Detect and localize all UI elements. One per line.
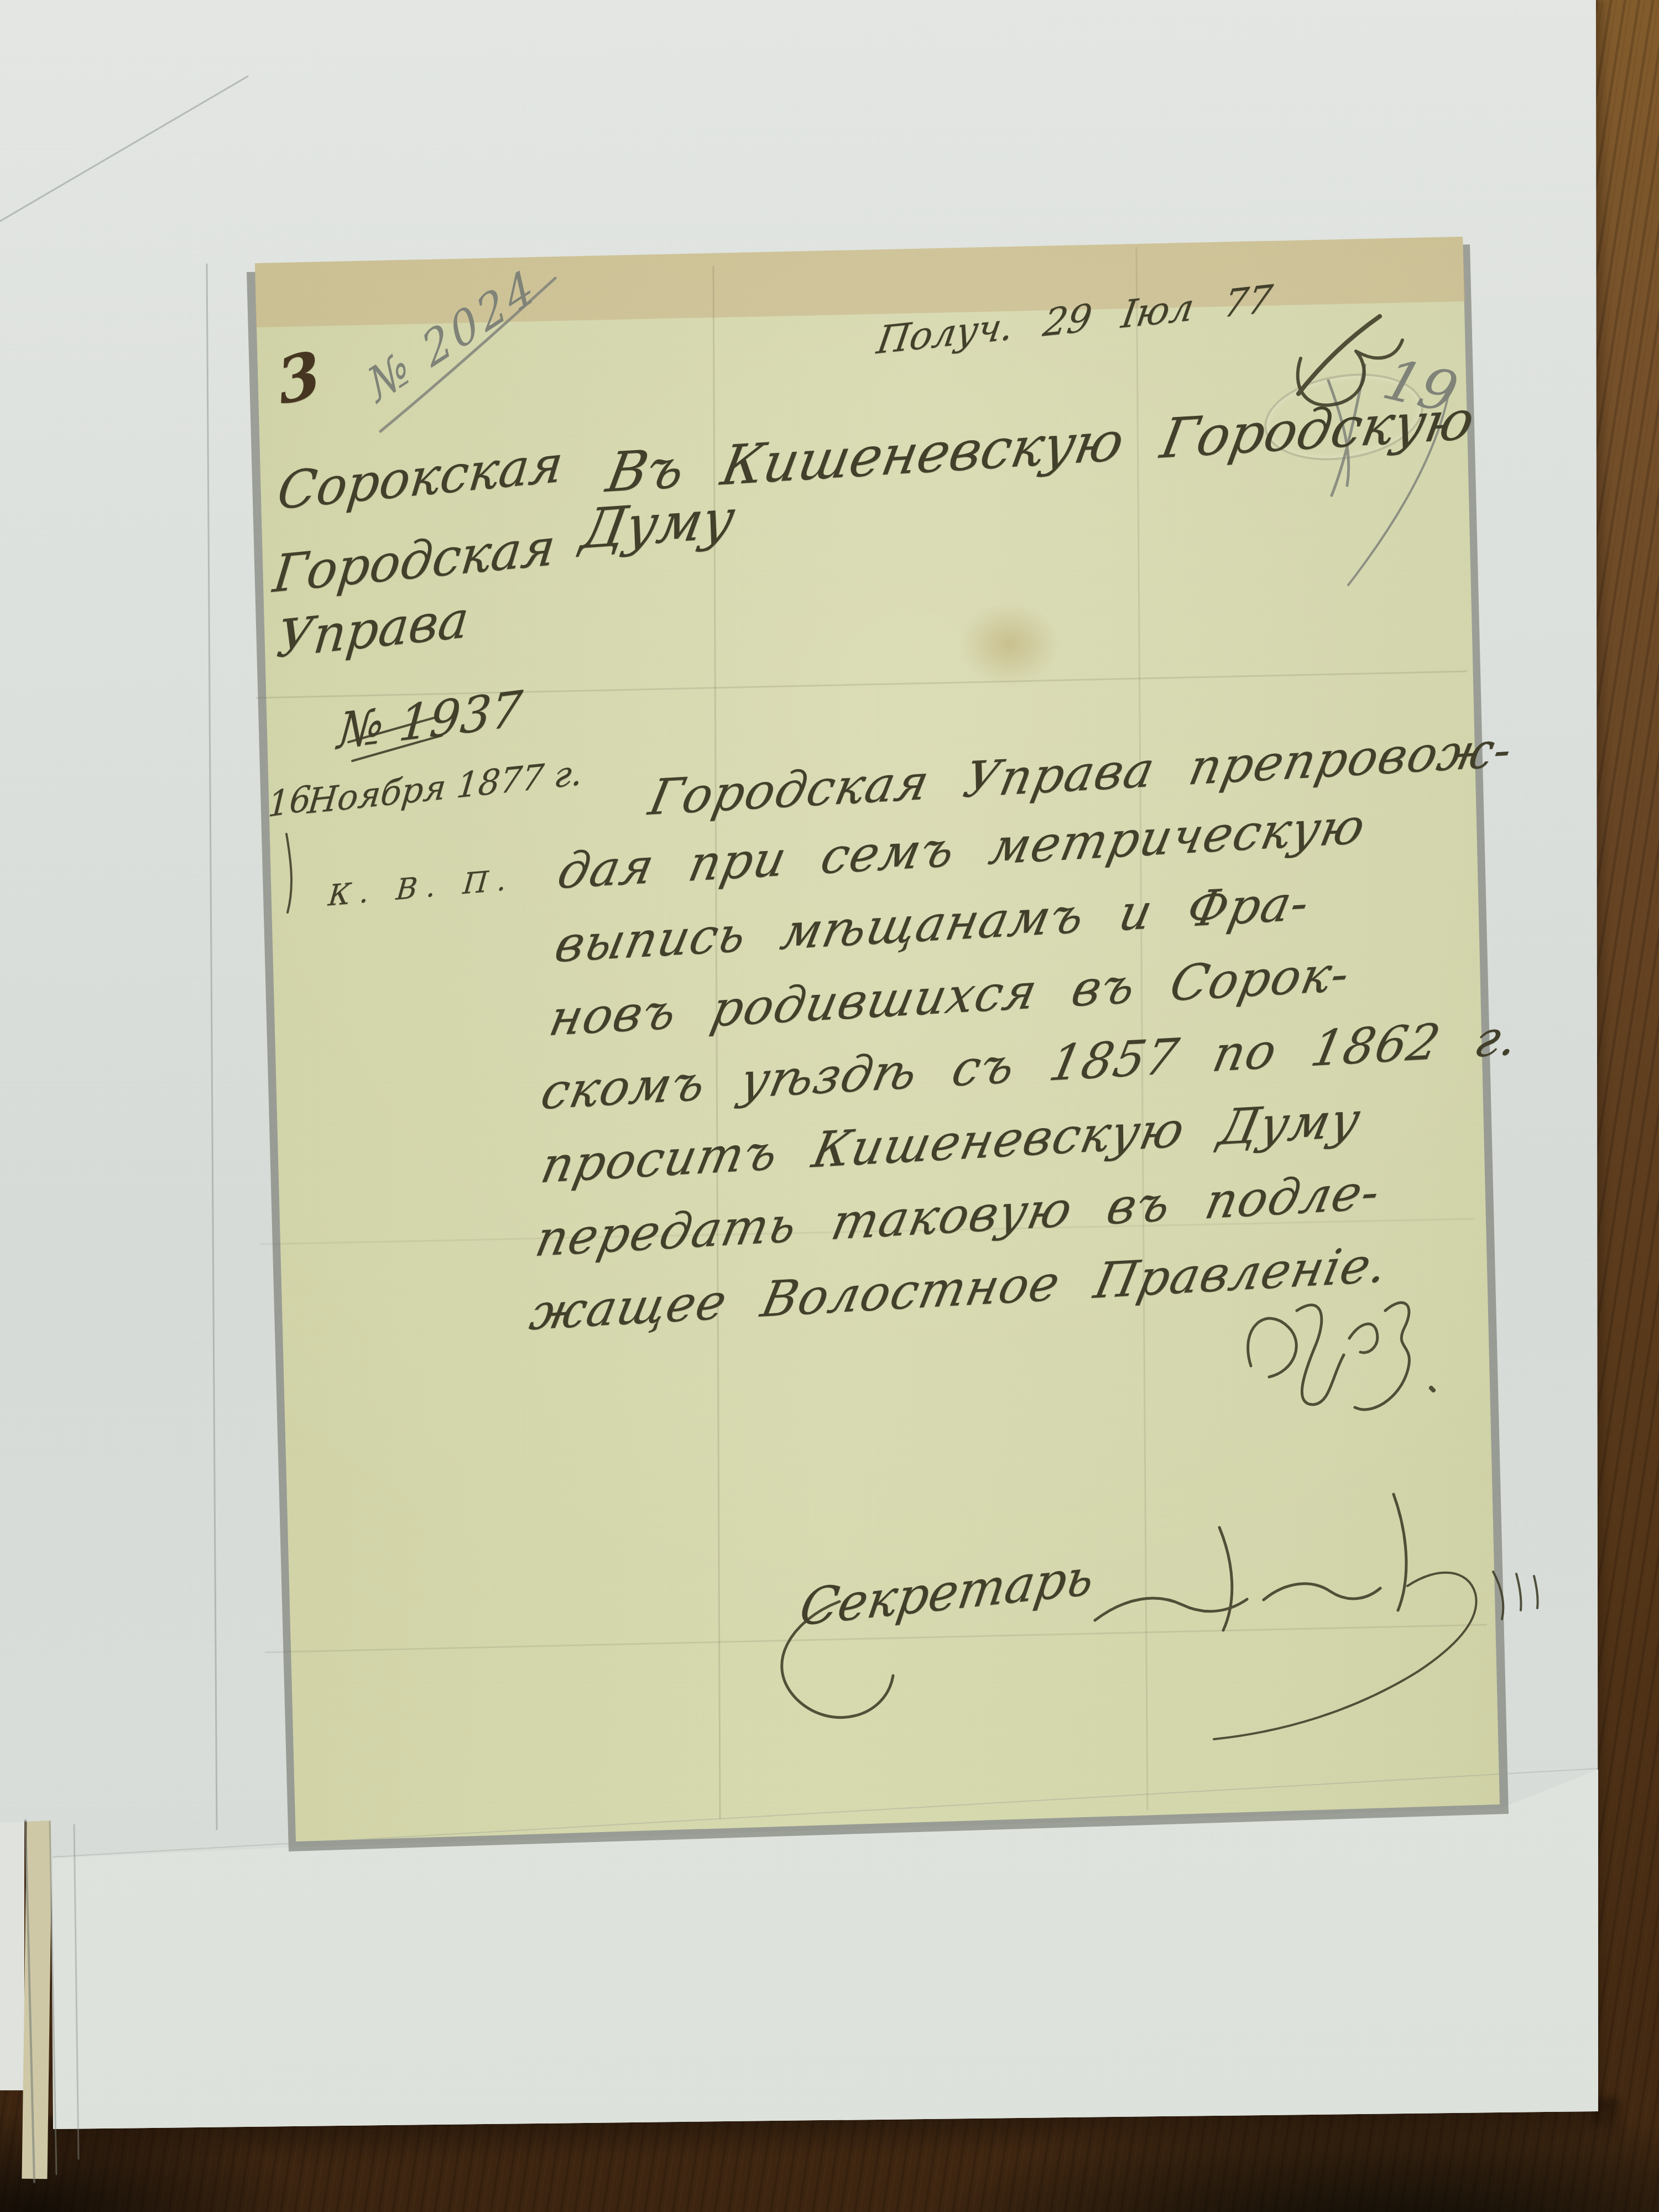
stack-edge-1	[25, 1820, 34, 2182]
folio-number-ink: 3	[274, 342, 324, 414]
strokes-overlay	[0, 0, 1659, 2212]
secretary-signature-3	[1264, 1584, 1380, 1600]
backing-sheet-edge-line	[207, 264, 217, 1829]
doc-vertical-crease-2	[1136, 248, 1147, 1809]
sender-date-day: 16	[267, 781, 312, 823]
member-signature-dot	[1431, 1388, 1433, 1390]
secretary-signature-4	[1394, 1494, 1406, 1610]
date-day-tail	[286, 834, 291, 912]
member-signature-e	[1349, 1324, 1378, 1353]
backing-diagonal-crease	[0, 76, 248, 221]
secretary-signature-1	[1095, 1598, 1247, 1620]
recipient-line-2: Думу	[577, 492, 738, 557]
stack-edge-3	[74, 1825, 79, 2159]
front-sheet-edge-line	[53, 1768, 1597, 1857]
secretary-signature-2	[1219, 1527, 1232, 1630]
member-signature-mid	[1297, 1305, 1344, 1405]
photo-scene: № 2024 3 Получ. 29 Іюл 77 19 Въ Кишеневс…	[0, 0, 1659, 2212]
secretary-end-mark-1	[1493, 1572, 1503, 1619]
stack-edge-2	[50, 1822, 56, 2174]
secretary-end-mark-2	[1516, 1574, 1521, 1610]
secretary-end-mark-3	[1534, 1576, 1538, 1608]
member-signature-end	[1355, 1303, 1409, 1410]
member-signature-loop	[1248, 1318, 1297, 1377]
